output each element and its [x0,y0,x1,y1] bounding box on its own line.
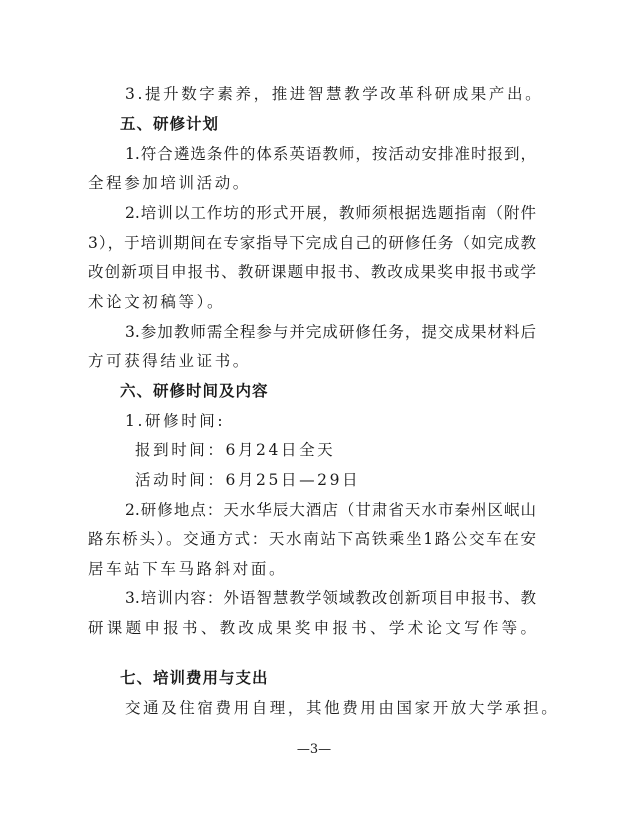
page-number: —3— [0,742,628,757]
paragraph-plan-1: 1.符合遴选条件的体系英语教师，按活动安排准时报到， [125,144,536,164]
paragraph-plan-2-cont-2: 改创新项目申报书、教研课题申报书、教改成果奖申报书或学 [88,262,536,282]
paragraph-location-cont-2: 居车站下车马路斜对面。 [88,559,536,579]
paragraph-plan-3-cont: 方可获得结业证书。 [88,351,536,371]
paragraph-plan-2-cont-3: 术论文初稿等）。 [88,292,536,312]
section-heading-7: 七、培训费用与支出 [120,668,568,688]
paragraph-location-cont-1: 路东桥头）。交通方式：天水南站下高铁乘坐1路公交车在安 [88,529,536,549]
activity-time: 活动时间：6月25日—29日 [135,470,536,490]
section-heading-6: 六、研修时间及内容 [120,381,568,401]
paragraph-plan-3: 3.参加教师需全程参与并完成研修任务，提交成果材料后 [125,322,536,342]
section-heading-5: 五、研修计划 [120,114,568,134]
paragraph-location: 2.研修地点：天水华辰大酒店（甘肃省天水市秦州区岷山 [125,500,536,520]
document-page: 3.提升数字素养，推进智慧教学改革科研成果产出。 五、研修计划 1.符合遴选条件… [0,0,628,815]
paragraph-plan-1-cont: 全程参加培训活动。 [88,173,536,193]
paragraph-time-1: 1.研修时间: [125,411,536,431]
paragraph-content-cont: 研课题申报书、教改成果奖申报书、学术论文写作等。 [88,618,536,638]
paragraph-content: 3.培训内容：外语智慧教学领域教改创新项目申报书、教 [125,588,536,608]
registration-time: 报到时间：6月24日全天 [135,440,536,460]
paragraph-goal-3: 3.提升数字素养，推进智慧教学改革科研成果产出。 [125,84,536,104]
paragraph-plan-2-cont-1: 3），于培训期间在专家指导下完成自己的研修任务（如完成教 [88,233,536,253]
paragraph-plan-2: 2.培训以工作坊的形式开展，教师须根据选题指南（附件 [125,203,536,223]
paragraph-fees: 交通及住宿费用自理，其他费用由国家开放大学承担。 [125,698,536,718]
